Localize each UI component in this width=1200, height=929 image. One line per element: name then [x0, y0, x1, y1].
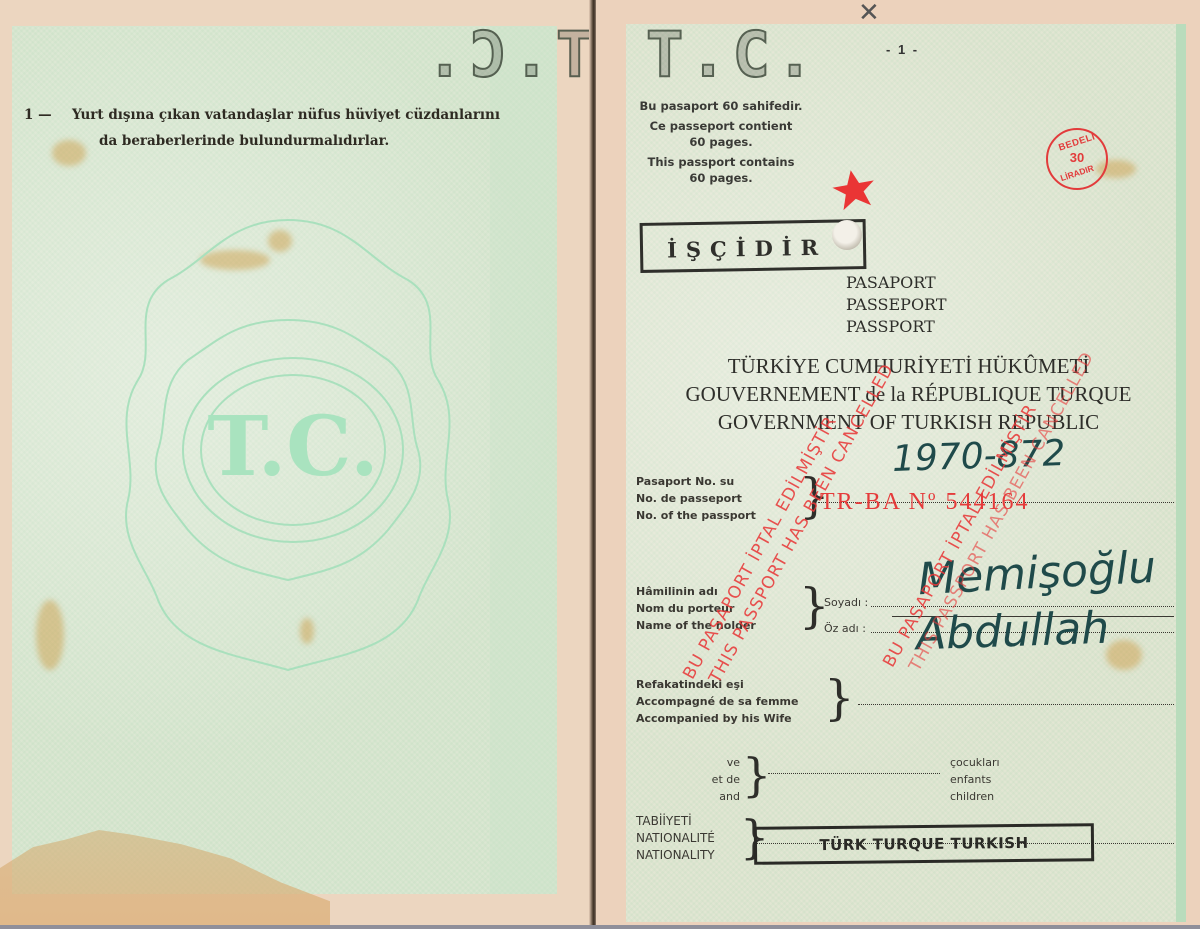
left-page-fold-strip — [490, 26, 557, 894]
passport-spread: T.C. 1 — Yurt dışına çıkan vatandaşlar n… — [0, 0, 1200, 925]
page-count-en-2: 60 pages. — [626, 170, 816, 186]
title-tr: PASAPORT — [846, 272, 947, 294]
guilloche-emblem: T.C. — [118, 210, 458, 680]
eyelet-hole — [832, 220, 862, 250]
label-en: children — [950, 788, 1000, 805]
document-title: PASAPORT PASSEPORT PASSPORT — [846, 272, 947, 338]
surname-label: Soyadı : — [824, 596, 868, 609]
government-fr: GOUVERNEMENT de la RÉPUBLIQUE TURQUE — [626, 380, 1191, 408]
label-fr: et de — [704, 771, 740, 788]
page-count-tr: Bu pasaport 60 sahifedir. — [626, 98, 816, 114]
stain — [1106, 640, 1142, 670]
left-page: T.C. 1 — Yurt dışına çıkan vatandaşlar n… — [0, 0, 592, 925]
brace: } — [824, 672, 855, 724]
children-right-labels: çocukları enfants children — [950, 754, 1000, 805]
page-count-en-1: This passport contains — [626, 154, 816, 170]
passport-number-labels: Pasaport No. su No. de passeport No. of … — [636, 473, 756, 524]
label-tr: çocukları — [950, 754, 1000, 771]
page-number: - 1 - — [886, 42, 919, 57]
label-en: and — [704, 788, 740, 805]
label-tr: TABİİYETİ — [636, 813, 715, 830]
government-tr: TÜRKİYE CUMHURİYETİ HÜKÛMETİ — [626, 352, 1191, 380]
emblem-monogram: T.C. — [207, 399, 378, 495]
label-tr: ve — [704, 754, 740, 771]
title-fr: PASSEPORT — [846, 294, 947, 316]
fee-stamp-bottom: LİRADIR — [1055, 162, 1098, 184]
nationality-labels: TABİİYETİ NATIONALITÉ NATIONALITY — [636, 813, 715, 864]
page-count-info: Bu pasaport 60 sahifedir. Ce passeport c… — [626, 98, 816, 190]
given-name-label: Öz adı : — [824, 622, 866, 635]
children-dotted-line — [768, 773, 940, 774]
note-line-2: da beraberlerinde bulundurmalıdırlar. — [99, 128, 389, 154]
label-tr: Pasaport No. su — [636, 473, 756, 490]
label-en: No. of the passport — [636, 507, 756, 524]
right-page: ✕ T.C. - 1 - Bu pasaport 60 sahifedir. C… — [596, 0, 1200, 925]
note-line-1: Yurt dışına çıkan vatandaşlar nüfus hüvi… — [72, 102, 500, 128]
perforated-tc-mark: T.C. — [646, 18, 819, 91]
right-page-edge — [1176, 24, 1186, 922]
label-fr: enfants — [950, 771, 1000, 788]
government-header: TÜRKİYE CUMHURİYETİ HÜKÛMETİ GOUVERNEMEN… — [626, 352, 1191, 436]
title-en: PASSPORT — [846, 316, 947, 338]
page-count-fr-1: Ce passeport contient — [626, 118, 816, 134]
brace: } — [742, 750, 771, 800]
label-en: NATIONALITY — [636, 847, 715, 864]
label-fr: NATIONALITÉ — [636, 830, 715, 847]
perforated-tc-mark: T.C. — [420, 18, 592, 91]
label-fr: No. de passeport — [636, 490, 756, 507]
label-fr: Accompagné de sa femme — [636, 693, 798, 710]
note-number: 1 — — [24, 102, 52, 128]
worker-stamp: İŞÇİDİR — [640, 219, 867, 273]
spouse-dotted-line — [858, 704, 1174, 705]
label-en: Accompanied by his Wife — [636, 710, 798, 727]
nationality-stamp: TÜRK TURQUE TURKISH — [754, 823, 1094, 865]
stain — [36, 600, 64, 670]
children-left-labels: ve et de and — [704, 754, 740, 805]
fee-stamp-value: 30 — [1048, 150, 1106, 165]
stain — [52, 140, 86, 166]
pen-mark: ✕ — [858, 0, 880, 28]
page-count-fr-2: 60 pages. — [626, 134, 816, 150]
government-en: GOVERNMENT OF TURKISH REPUBLIC — [626, 408, 1191, 436]
fee-stamp: BEDELİ 30 LİRADIR — [1046, 128, 1108, 190]
